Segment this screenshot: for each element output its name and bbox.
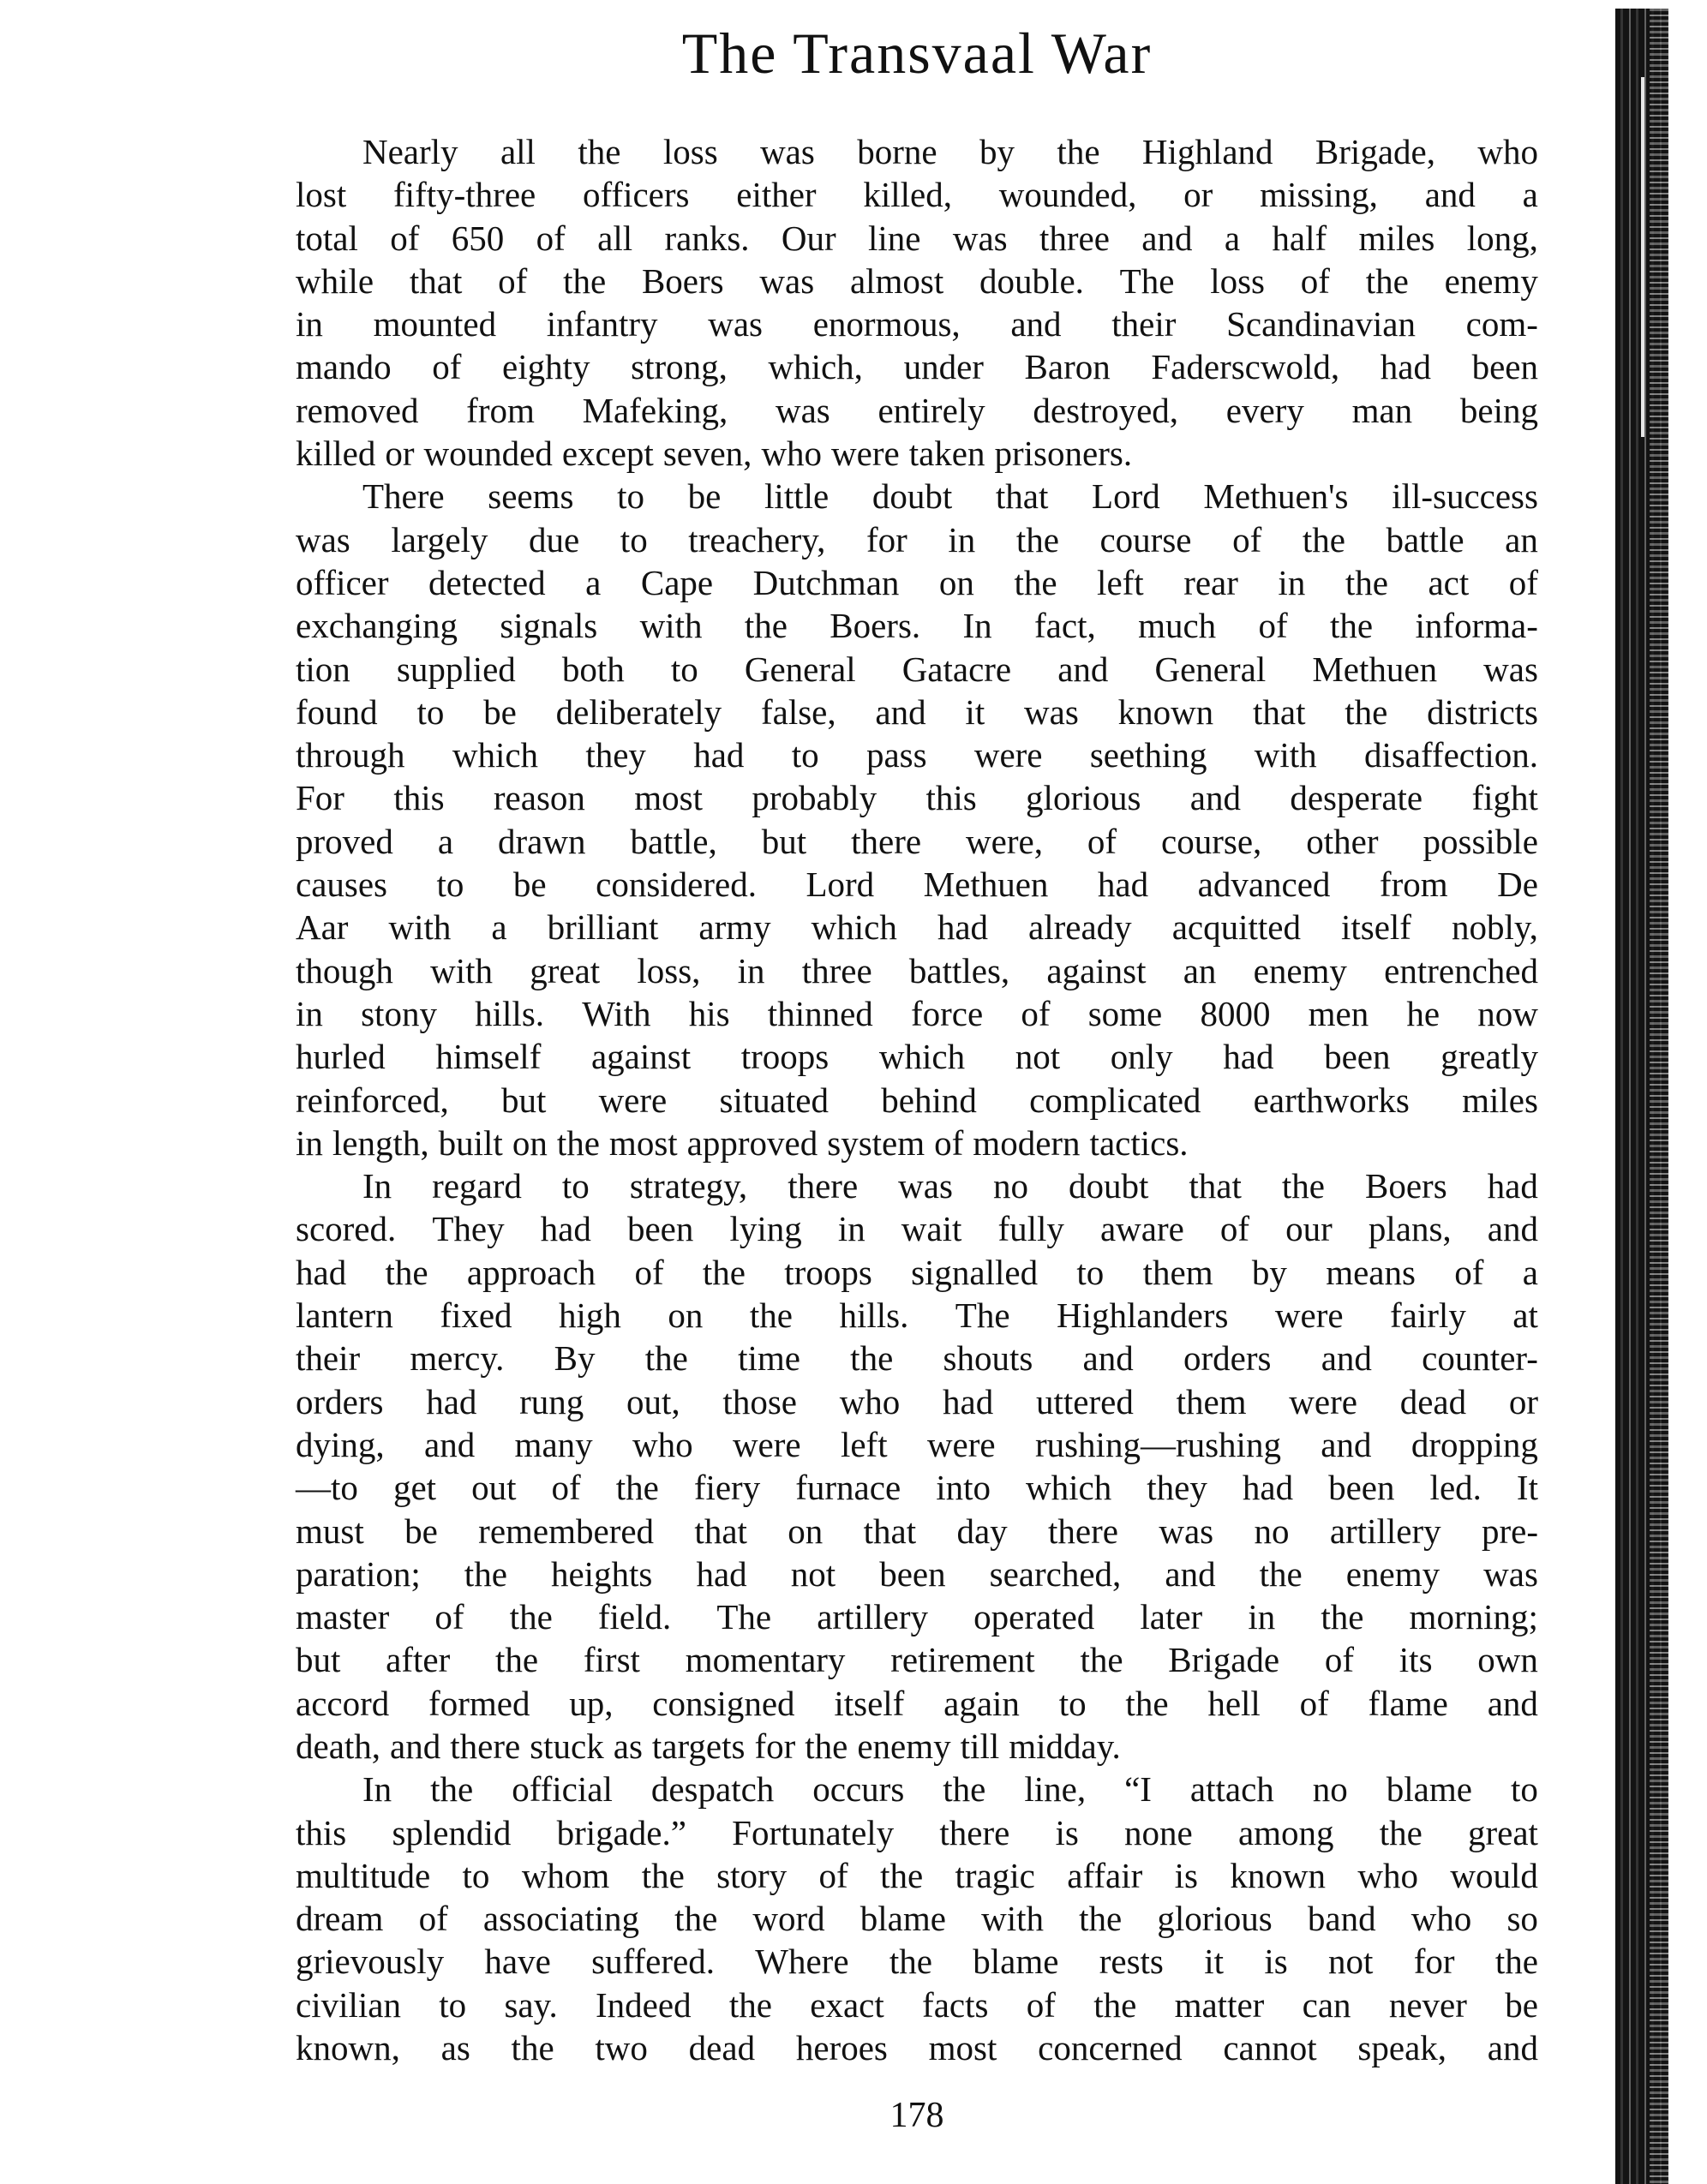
text-line: lanternfixedhighonthehills.TheHighlander… <box>296 1294 1538 1337</box>
text-line: dying,andmanywhowereleftwererushing—rush… <box>296 1423 1538 1466</box>
body-text: NearlyallthelosswasbornebytheHighlandBri… <box>296 130 1538 2069</box>
text-line: killedorwoundedexceptseven,whoweretakenp… <box>296 432 1538 475</box>
text-line: ThereseemstobelittledoubtthatLordMethuen… <box>296 475 1538 518</box>
text-line: throughwhichtheyhadtopasswereseethingwit… <box>296 733 1538 776</box>
text-line: instonyhills.Withhisthinnedforceofsome80… <box>296 992 1538 1035</box>
text-line: foundtobedeliberatelyfalse,anditwasknown… <box>296 691 1538 733</box>
binding-edge-shadow <box>1615 9 1668 2184</box>
text-line: ordershadrungout,thosewhohadutteredthemw… <box>296 1380 1538 1423</box>
page-number: 178 <box>296 2095 1538 2136</box>
text-line: Intheofficialdespatchoccurstheline,“Iatt… <box>296 1768 1538 1810</box>
text-line: mustberememberedthatonthatdaytherewasnoa… <box>296 1510 1538 1553</box>
text-line: death,andtherestuckastargetsfortheenemyt… <box>296 1725 1538 1768</box>
text-line: known,asthetwodeadheroesmostconcernedcan… <box>296 2026 1538 2069</box>
text-line: paration;theheightshadnotbeensearched,an… <box>296 1553 1538 1595</box>
text-line: tionsuppliedbothtoGeneralGatacreandGener… <box>296 648 1538 691</box>
text-line: provedadrawnbattle,buttherewere,ofcourse… <box>296 820 1538 863</box>
text-line: reinforced,butweresituatedbehindcomplica… <box>296 1079 1538 1122</box>
text-line: Aarwithabrilliantarmywhichhadalreadyacqu… <box>296 906 1538 948</box>
text-line: butafterthefirstmomentaryretirementtheBr… <box>296 1638 1538 1681</box>
text-line: Inregardtostrategy,therewasnodoubtthatth… <box>296 1164 1538 1207</box>
text-line: Forthisreasonmostprobablythisgloriousand… <box>296 776 1538 819</box>
text-line: theirmercy.Bythetimetheshoutsandordersan… <box>296 1337 1538 1379</box>
text-line: hurledhimselfagainsttroopswhichnotonlyha… <box>296 1035 1538 1078</box>
text-line: lostfifty-threeofficerseitherkilled,woun… <box>296 173 1538 216</box>
text-line: accordformedup,consigneditselfagaintothe… <box>296 1682 1538 1725</box>
book-page: The Transvaal War Nearlyallthelosswasbor… <box>0 0 1707 2184</box>
text-line: causestobeconsidered.LordMethuenhadadvan… <box>296 863 1538 906</box>
text-line: exchangingsignalswiththeBoers.Infact,muc… <box>296 604 1538 647</box>
text-line: mandoofeightystrong,which,underBaronFade… <box>296 345 1538 388</box>
text-line: civiliantosay.Indeedtheexactfactsofthema… <box>296 1984 1538 2026</box>
text-line: NearlyallthelosswasbornebytheHighlandBri… <box>296 130 1538 173</box>
text-line: —togetoutofthefieryfurnaceintowhichtheyh… <box>296 1466 1538 1509</box>
text-line: scored.Theyhadbeenlyinginwaitfullyawareo… <box>296 1207 1538 1250</box>
text-line: officerdetectedaCapeDutchmanontheleftrea… <box>296 561 1538 604</box>
text-line: waslargelyduetotreachery,forinthecourseo… <box>296 518 1538 561</box>
text-line: totalof650ofallranks.Ourlinewasthreeanda… <box>296 217 1538 260</box>
text-line: grievouslyhavesuffered.Wheretheblamerest… <box>296 1940 1538 1983</box>
text-line: inlength,builtonthemostapprovedsystemofm… <box>296 1122 1538 1164</box>
text-line: thissplendidbrigade.”Fortunatelythereisn… <box>296 1811 1538 1854</box>
text-line: inmountedinfantrywasenormous,andtheirSca… <box>296 302 1538 345</box>
text-line: masterofthefield.Theartilleryoperatedlat… <box>296 1595 1538 1638</box>
text-line: multitudetowhomthestoryofthetragicaffair… <box>296 1854 1538 1897</box>
text-line: thoughwithgreatloss,inthreebattles,again… <box>296 949 1538 992</box>
text-line: whilethatoftheBoerswasalmostdouble.Thelo… <box>296 260 1538 302</box>
text-line: dreamofassociatingthewordblamewiththeglo… <box>296 1897 1538 1940</box>
text-line: removedfromMafeking,wasentirelydestroyed… <box>296 389 1538 432</box>
text-line: hadtheapproachofthetroopssignalledtothem… <box>296 1251 1538 1294</box>
running-head: The Transvaal War <box>296 19 1538 87</box>
